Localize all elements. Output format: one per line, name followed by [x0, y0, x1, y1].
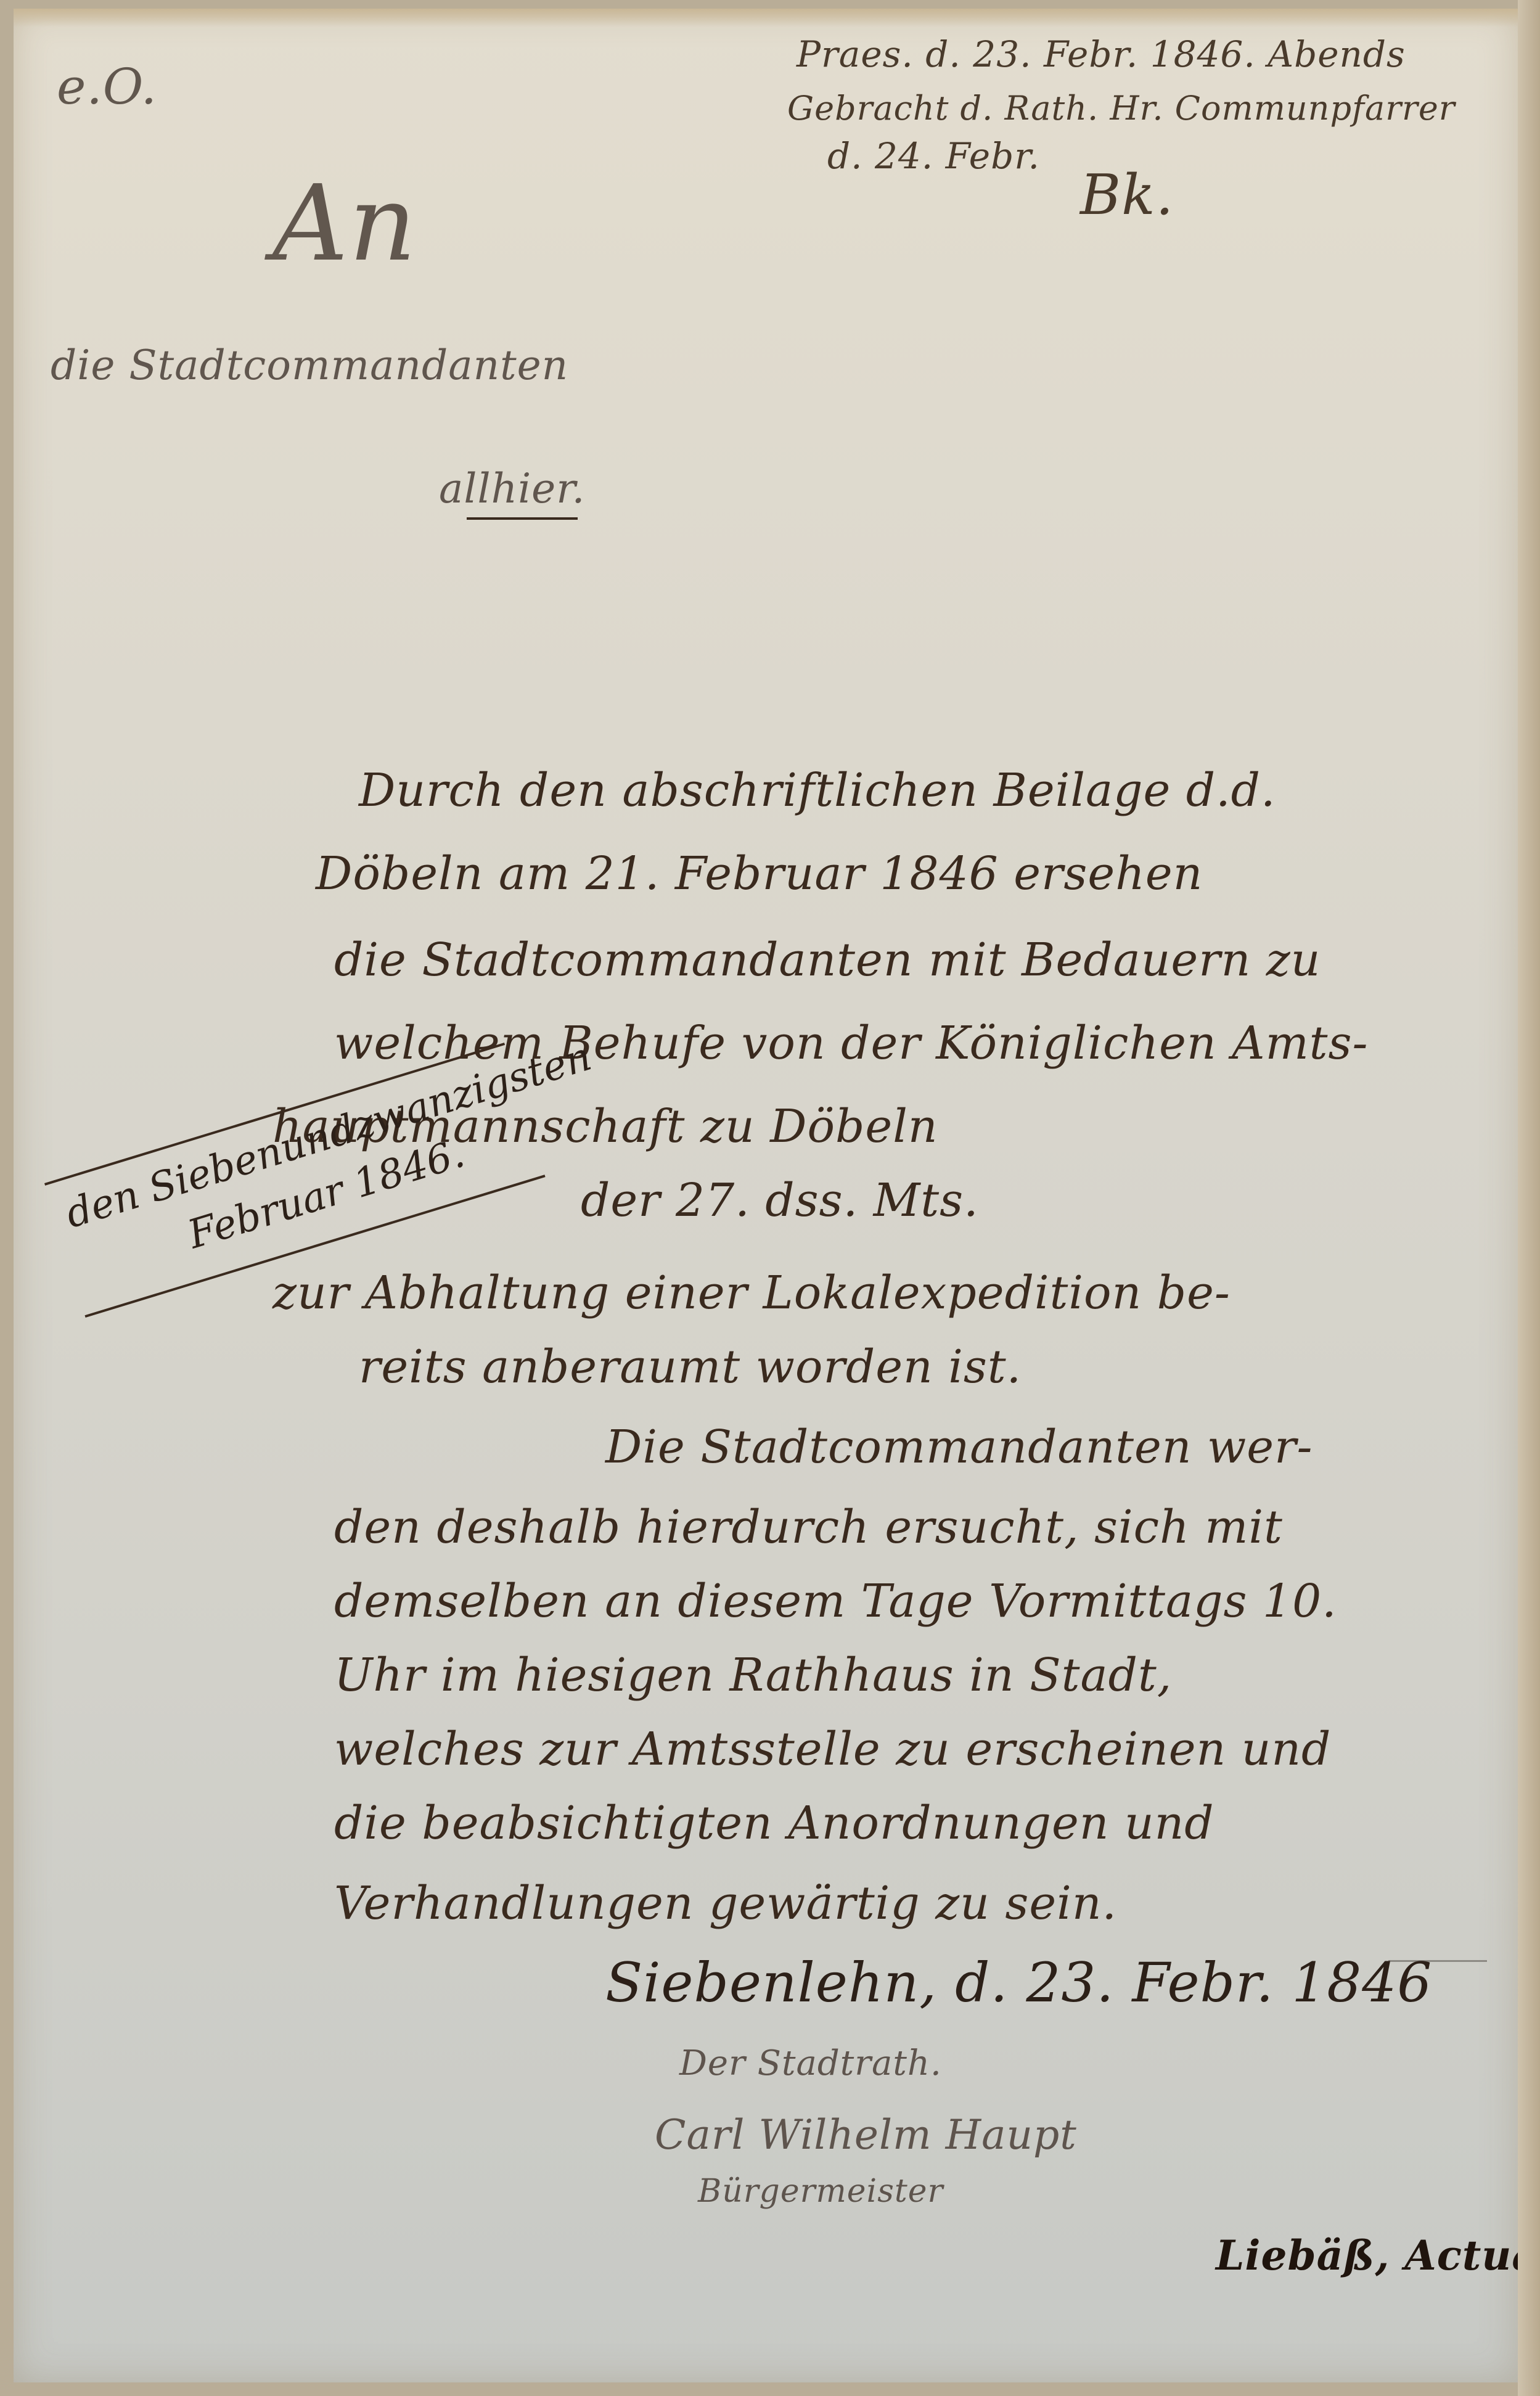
- body-line-7: zur Abhaltung einer Lokalexpedition be-: [272, 1266, 1231, 1319]
- secretary-signature: Liebäß, Actuar.: [1216, 2231, 1540, 2279]
- receipt-note-line1: Praes. d. 23. Febr. 1846. Abends: [797, 33, 1406, 75]
- salutation-underline: [467, 517, 578, 520]
- body-line-3: die Stadtcommandanten mit Bedauern zu: [334, 933, 1321, 987]
- body-line-10: den deshalb hierdurch ersucht, sich mit: [334, 1501, 1283, 1554]
- body-line-2: Döbeln am 21. Februar 1846 ersehen: [316, 847, 1203, 900]
- body-line-1: Durch den abschriftlichen Beilage d.d.: [359, 764, 1276, 817]
- salutation-line2: allhier.: [439, 465, 586, 512]
- top-left-mark: e.O.: [57, 58, 157, 115]
- salutation-line1: die Stadtcommandanten: [51, 342, 568, 389]
- body-line-14: die beabsichtigten Anordnungen und: [334, 1797, 1214, 1850]
- document-page: e.O. Praes. d. 23. Febr. 1846. Abends Ge…: [14, 9, 1519, 2382]
- place-date: Siebenlehn, d. 23. Febr. 1846: [605, 1951, 1432, 2014]
- body-line-13: welches zur Amtsstelle zu erscheinen und: [334, 1723, 1331, 1776]
- signatory-title: Bürgermeister: [698, 2173, 943, 2210]
- body-line-6: der 27. dss. Mts.: [581, 1174, 979, 1227]
- body-line-15: Verhandlungen gewärtig zu sein.: [334, 1877, 1117, 1930]
- body-line-11: demselben an diesem Tage Vormittags 10.: [334, 1575, 1337, 1628]
- receipt-note-line2: Gebracht d. Rath. Hr. Communpfarrer: [787, 89, 1456, 128]
- signatory-name: Carl Wilhelm Haupt: [655, 2111, 1077, 2159]
- body-line-8: reits anberaumt worden ist.: [359, 1340, 1022, 1393]
- adjacent-page-edge: [1518, 0, 1540, 2396]
- body-line-12: Uhr im hiesigen Rathhaus in Stadt,: [334, 1649, 1172, 1702]
- receipt-note-line3: d. 24. Febr.: [827, 135, 1040, 177]
- salutation-initial: An: [272, 163, 417, 285]
- receipt-initials: Bk.: [1080, 163, 1174, 228]
- body-line-9: Die Stadtcommandanten wer-: [605, 1421, 1313, 1474]
- page-edge-stain: [14, 9, 1518, 27]
- closing-line: Der Stadtrath.: [679, 2043, 942, 2083]
